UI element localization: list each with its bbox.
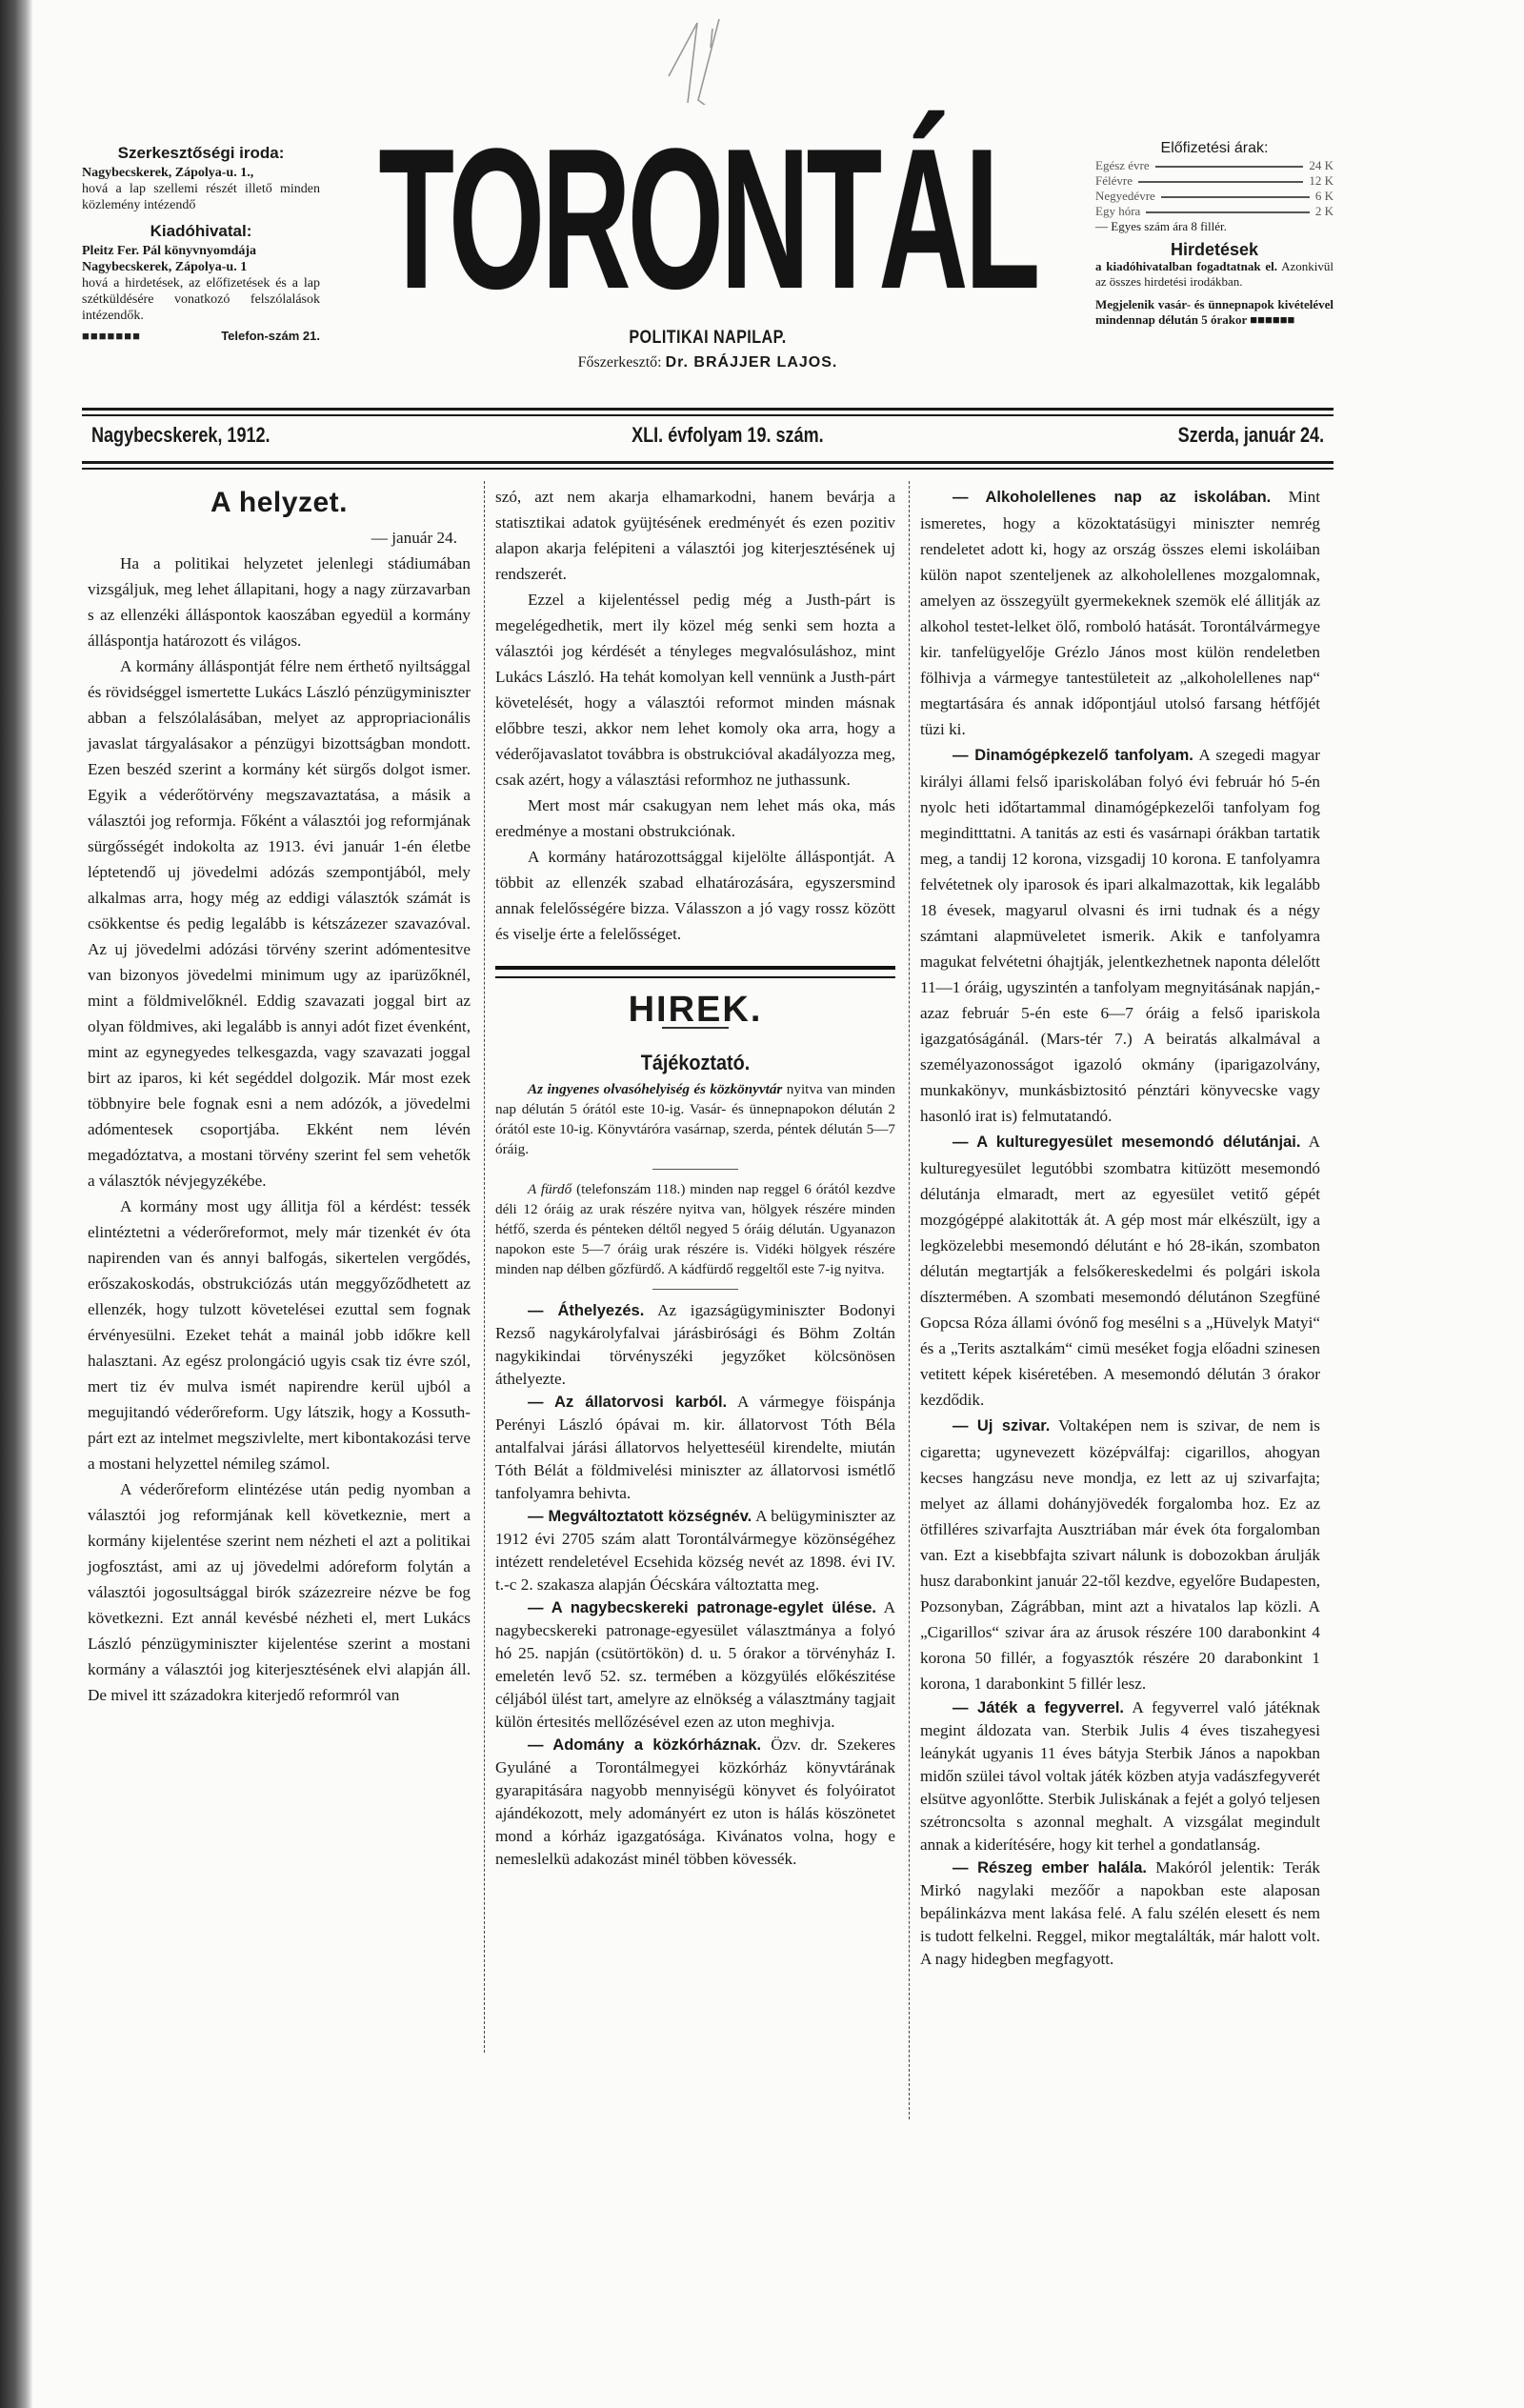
article-paragraph: A kormány most ugy állitja föl a kérdést… (88, 1194, 471, 1476)
phone-number: ■■■■■■■ Telefon-szám 21. (82, 328, 320, 344)
news-body: Özv. dr. Szekeres Gyuláné a Torontálmegy… (495, 1736, 895, 1868)
publication-schedule: Megjelenik vasár- és ünnepnapok kivételé… (1095, 297, 1333, 328)
article-paragraph: A véderőreform elintézése után pedig nyo… (88, 1476, 471, 1708)
date-bar: Nagybecskerek, 1912. XLI. évfolyam 19. s… (91, 423, 1324, 448)
datebar-divider (82, 461, 1333, 470)
price-value: 2 K (1315, 204, 1333, 219)
editorial-office-text: hová a lap szellemi részét illető minden… (82, 181, 320, 213)
info-subtitle: Tájékoztató. (515, 1050, 875, 1075)
notice-divider (652, 1289, 738, 1290)
article-paragraph: A kormány álláspontját félre nem érthető… (88, 653, 471, 1194)
news-body: Voltaképen nem is szivar, de nem is ciga… (920, 1416, 1320, 1693)
news-headline: — A kulturegyesület mesemondó délutánjai… (952, 1134, 1300, 1151)
price-period: Félévre (1095, 173, 1133, 189)
news-section-title: HIREK. (495, 997, 895, 1023)
news-item: — Áthelyezés. Az igazságügyminiszter Bod… (495, 1299, 895, 1391)
price-row: Egész évre24 K (1095, 158, 1333, 173)
news-item: — Dinamógépkezelő tanfolyam. A szegedi m… (920, 742, 1320, 1129)
masthead-title-block: TORONTÁL POLITIKAI NAPILAP. Főszerkesztő… (331, 124, 1084, 371)
scan-edge-shadow (0, 0, 32, 2408)
news-item: — A nagybecskereki patronage-egylet ülés… (495, 1596, 895, 1734)
price-row: Egy hóra2 K (1095, 204, 1333, 219)
publisher-name: Pleitz Fer. Pál könyvnyomdája (82, 243, 320, 259)
library-notice: Az ingyenes olvasóhelyiség és közkönyvtá… (495, 1079, 895, 1159)
publisher-address: Nagybecskerek, Zápolya-u. 1 (82, 259, 320, 275)
middle-column: szó, azt nem akarja elhamarkodni, hanem … (495, 484, 895, 1871)
place-year: Nagybecskerek, 1912. (91, 423, 271, 448)
news-body: Mint ismeretes, hogy a közoktatásügyi mi… (920, 488, 1320, 738)
news-headline: — Áthelyezés. (528, 1302, 644, 1319)
price-value: 12 K (1309, 173, 1333, 189)
news-headline: — Dinamógépkezelő tanfolyam. (952, 747, 1193, 764)
news-headline: — Adomány a közkórháznak. (528, 1736, 761, 1754)
masthead: Szerkesztőségi iroda: Nagybecskerek, Záp… (82, 124, 1333, 400)
lead-article-column: A helyzet. — január 24. Ha a politikai h… (88, 484, 471, 1708)
news-item: — Játék a fegyverrel. A fegyverrel való … (920, 1696, 1320, 1856)
price-row: Negyedévre6 K (1095, 189, 1333, 204)
news-item: — Az állatorvosi karból. A vármegye föis… (495, 1391, 895, 1505)
newspaper-subtitle: POLITIKAI NAPILAP. (388, 328, 1028, 349)
publisher-heading: Kiadóhivatal: (82, 223, 320, 239)
article-paragraph: A kormány határozottsággal kijelölte áll… (495, 844, 895, 947)
editor-name: Dr. BRÁJJER LAJOS. (666, 354, 838, 371)
phone-filler: ■■■■■■■ (82, 328, 141, 344)
ads-text-bold: a kiadóhivatalban fogadtatnak el. (1095, 259, 1277, 273)
news-item: — Alkoholellenes nap az iskolában. Mint … (920, 484, 1320, 742)
price-value: 6 K (1315, 189, 1333, 204)
lead-article-title: A helyzet. (88, 490, 471, 515)
price-period: Egy hóra (1095, 204, 1140, 219)
column-divider (484, 481, 485, 2053)
news-headline: — A nagybecskereki patronage-egylet ülés… (528, 1599, 876, 1616)
column-divider (909, 481, 910, 2119)
article-paragraph: Ha a politikai helyzetet jelenlegi stádi… (88, 551, 471, 653)
price-period: Egész évre (1095, 158, 1150, 173)
news-body: A nagybecskereki patronage-egyesület vál… (495, 1598, 895, 1731)
news-headline: — Az állatorvosi karból. (528, 1394, 727, 1411)
right-news-column: — Alkoholellenes nap az iskolában. Mint … (920, 484, 1320, 1971)
pencil-annotation (667, 10, 733, 105)
masthead-subscription-info: Előfizetési árak: Egész évre24 K Félévre… (1095, 141, 1333, 328)
article-continuation: szó, azt nem akarja elhamarkodni, hanem … (495, 484, 895, 587)
article-paragraph: Mert most már csakugyan nem lehet más ok… (495, 793, 895, 844)
schedule-text: Megjelenik vasár- és ünnepnapok kivételé… (1095, 297, 1333, 327)
news-body: A szegedi magyar királyi állami felső ip… (920, 746, 1320, 1125)
news-body: A fegyverrel való játéknak megint áldoza… (920, 1698, 1320, 1854)
volume-issue: XLI. évfolyam 19. szám. (632, 423, 824, 448)
news-headline: — Részeg ember halála. (952, 1859, 1147, 1876)
subscription-prices-heading: Előfizetési árak: (1095, 141, 1333, 156)
issue-date: Szerda, január 24. (1178, 423, 1324, 448)
news-item: — Megváltoztatott községnév. A belügymin… (495, 1505, 895, 1596)
news-body: A kulturegyesület legutóbbi szombatra ki… (920, 1133, 1320, 1409)
price-period: Negyedévre (1095, 189, 1155, 204)
news-headline: — Megváltoztatott községnév. (528, 1508, 752, 1525)
library-name: Az ingyenes olvasóhelyiség és közkönyvtá… (528, 1081, 782, 1097)
newspaper-title: TORONTÁL (356, 124, 1059, 314)
news-item: — Uj szivar. Voltaképen nem is szivar, d… (920, 1413, 1320, 1696)
news-headline: — Uj szivar. (952, 1417, 1050, 1435)
bath-name: A fürdő (528, 1181, 571, 1197)
lead-article-dateline: — január 24. (88, 525, 457, 551)
bath-notice: A fürdő (telefonszám 118.) minden nap re… (495, 1179, 895, 1279)
editor-in-chief: Főszerkesztő: Dr. BRÁJJER LAJOS. (331, 354, 1084, 371)
schedule-filler: ■■■■■■ (1250, 312, 1294, 327)
news-item: — Adomány a közkórháznak. Özv. dr. Szeke… (495, 1734, 895, 1871)
single-issue-price: — Egyes szám ára 8 fillér. (1095, 219, 1333, 234)
notice-divider (652, 1169, 738, 1170)
masthead-divider (82, 408, 1333, 416)
price-value: 24 K (1309, 158, 1333, 173)
article-paragraph: Ezzel a kijelentéssel pedig még a Justh-… (495, 587, 895, 793)
masthead-office-info: Szerkesztőségi iroda: Nagybecskerek, Záp… (82, 141, 320, 344)
section-divider (495, 966, 895, 978)
editor-label: Főszerkesztő: (578, 354, 662, 371)
editorial-office-heading: Szerkesztőségi iroda: (82, 145, 320, 161)
news-headline: — Alkoholellenes nap az iskolában. (952, 489, 1271, 506)
editorial-office-address: Nagybecskerek, Zápolya-u. 1., (82, 165, 320, 181)
news-headline: — Játék a fegyverrel. (952, 1699, 1124, 1716)
phone-label: Telefon-szám 21. (221, 329, 320, 343)
ads-heading: Hirdetések (1095, 242, 1333, 257)
price-row: Félévre12 K (1095, 173, 1333, 189)
publisher-text: hová a hirdetések, az előfizetések és a … (82, 275, 320, 324)
news-item: — A kulturegyesület mesemondó délutánjai… (920, 1129, 1320, 1413)
news-item: — Részeg ember halála. Makóról jelentik:… (920, 1856, 1320, 1971)
